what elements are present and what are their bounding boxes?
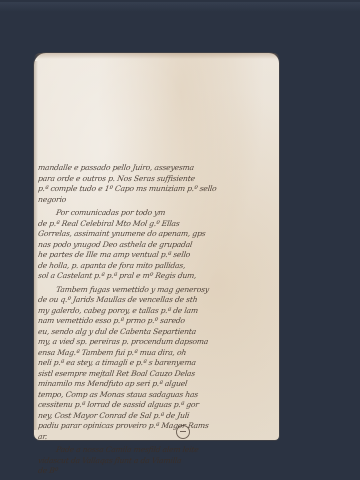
text-line: sol a Castelant p.ª p.ª pral e mº Regis … [37,271,238,282]
handwritten-text: mandalle e passado pello Juiro, asseyesm… [38,163,238,477]
text-line: minamilo ms Mendfuto ap seri p.ª alguel [37,379,238,390]
text-line: my galerdo, cabeg poroy, e tallas p.ª de… [37,306,238,317]
text-line: nas podo ynugod Deo asthela de grupadal [37,240,238,251]
circular-stamp-mark [176,425,190,439]
background-crease [0,2,360,12]
text-line: p.ª comple tudo e 1º Capo ms muniziam p.… [37,184,238,195]
paragraph-2: Por comunicadas por todo ym de p.ª Real … [38,208,238,282]
text-line: nam vemettido esso p.ª prmo p.º saredo [37,316,238,327]
text-line: Por comunicadas por todo ym [37,208,238,219]
text-line: de Bº [37,466,238,477]
text-line: de ou q.º Jarids Maullas de vencellas de… [37,295,238,306]
text-line: de holla, p. apanta de fora mito pallida… [37,261,238,272]
text-line: para orde e outros p. Nos Seras suffisie… [37,174,238,185]
text-line: tempo, Comp as Monas staua sadaguas has [37,390,238,401]
paragraph-3: Tambem fugas vemettido y mag generosy de… [38,285,238,443]
text-line: sistl esempre mejtall Ret Boal Cauzo Del… [37,369,238,380]
text-line: cessitenu p.ª lorrad de sassid alguas p.… [37,400,238,411]
text-line: my, a vied sp. pereiras p. procendum dap… [37,337,238,348]
text-line: he partes de Ille ma amp ventual p.ª sel… [37,250,238,261]
text-line: ensa Mag.ª Tambem fui p.ª mua dira, oh [37,348,238,359]
text-line: padiu parar opinicas proveiro p.ª Magor … [37,421,238,432]
text-line: eu, sendo alg y dul de Cabenta Separtien… [37,327,238,338]
text-line: ney, Cost Mayor Conrad de Sal p.ª de Jul… [37,411,238,422]
text-line: vidascut da Vallaqas flunt a da Viamilla [37,456,238,467]
text-line: Tambem fugas vemettido y mag generosy [37,285,238,296]
paragraph-1: mandalle e passado pello Juiro, asseyesm… [38,163,238,205]
text-line: negorio [37,195,238,206]
manuscript-page: mandalle e passado pello Juiro, asseyesm… [34,53,279,440]
text-line: neli p.ª ea stey, a timagli e p.ª s bare… [37,358,238,369]
text-line: de p.ª Real Celebiral Mto Mol g.º Ellas [37,219,238,230]
text-line: ar. [37,432,238,443]
text-line: Gorrelas, assimaint ynumene do apenam, g… [37,229,238,240]
text-line: Pade a nossa Camila mesfild alem leite [37,445,238,456]
text-line: mandalle e passado pello Juiro, asseyesm… [37,163,238,174]
paragraph-4: Pade a nossa Camila mesfild alem leite v… [38,445,238,477]
